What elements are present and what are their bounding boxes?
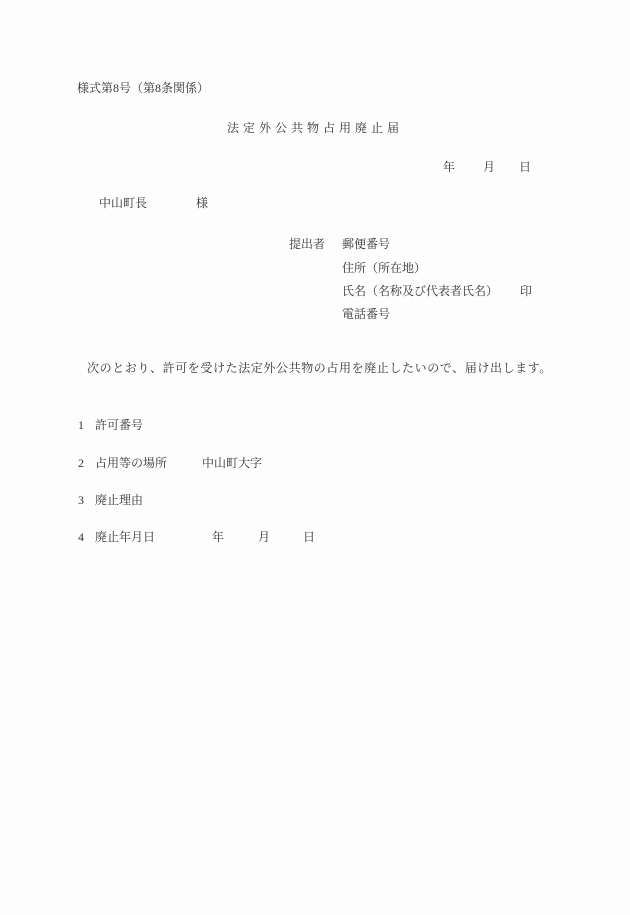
addressee-honorific: 様: [196, 195, 208, 211]
declaration-text: 次のとおり、許可を受けた法定外公共物の占用を廃止したいので、届け出します。: [87, 360, 552, 376]
item-label: 廃止年月日: [95, 529, 155, 545]
item-number: 2: [78, 455, 95, 471]
item-day-blank: [270, 529, 303, 545]
document-page: 様式第8号（第8条関係） 法定外公共物占用廃止届 年 月 日 中山町長 様 提出…: [0, 0, 630, 915]
postal-code-label: 郵便番号: [342, 236, 390, 252]
item-label: 廃止理由: [95, 492, 143, 508]
item-number: 3: [78, 492, 95, 508]
seal-mark: 印: [520, 283, 532, 299]
date-month-label: 月: [483, 159, 495, 175]
item-label: 許可番号: [95, 417, 143, 433]
address-label: 住所（所在地）: [342, 260, 426, 276]
submitter-name-row: 氏名（名称及び代表者氏名） 印: [289, 283, 532, 299]
submission-date-line: 年 月 日: [443, 159, 531, 175]
date-day-label: 日: [519, 159, 531, 175]
phone-label: 電話番号: [342, 306, 390, 322]
item-row-occupation-place: 2 占用等の場所 中山町大字: [78, 455, 262, 471]
item-label: 占用等の場所: [95, 455, 167, 471]
item-day-label: 日: [303, 529, 315, 545]
item-year-label: 年: [212, 529, 224, 545]
submitter-label-spacer: [289, 283, 342, 299]
submitter-address-row: 住所（所在地）: [289, 260, 426, 276]
item-number: 4: [78, 529, 95, 545]
date-year-blank: [455, 159, 483, 175]
date-year-label: 年: [443, 159, 455, 175]
item-row-permit-number: 1 許可番号: [78, 417, 143, 433]
addressee-name: 中山町長: [99, 195, 147, 211]
item-month-label: 月: [258, 529, 270, 545]
submitter-phone-row: 電話番号: [289, 306, 390, 322]
submitter-label: 提出者: [289, 236, 342, 252]
document-title: 法定外公共物占用廃止届: [0, 120, 630, 136]
seal-blank: [498, 283, 520, 299]
item-month-blank: [224, 529, 258, 545]
submitter-label-spacer: [289, 260, 342, 276]
item-row-abolition-reason: 3 廃止理由: [78, 492, 143, 508]
submitter-label-spacer: [289, 306, 342, 322]
item-number: 1: [78, 417, 95, 433]
item-year-blank: [155, 529, 212, 545]
item-row-abolition-date: 4 廃止年月日 年 月 日: [78, 529, 315, 545]
submitter-postal-row: 提出者 郵便番号: [289, 236, 390, 252]
addressee-line: 中山町長 様: [99, 195, 208, 211]
form-number-label: 様式第8号（第8条関係）: [77, 80, 209, 96]
name-label: 氏名（名称及び代表者氏名）: [342, 283, 498, 299]
addressee-blank: [147, 195, 196, 211]
date-month-blank: [495, 159, 519, 175]
item-value-blank: [167, 455, 202, 471]
item-value: 中山町大字: [202, 455, 262, 471]
